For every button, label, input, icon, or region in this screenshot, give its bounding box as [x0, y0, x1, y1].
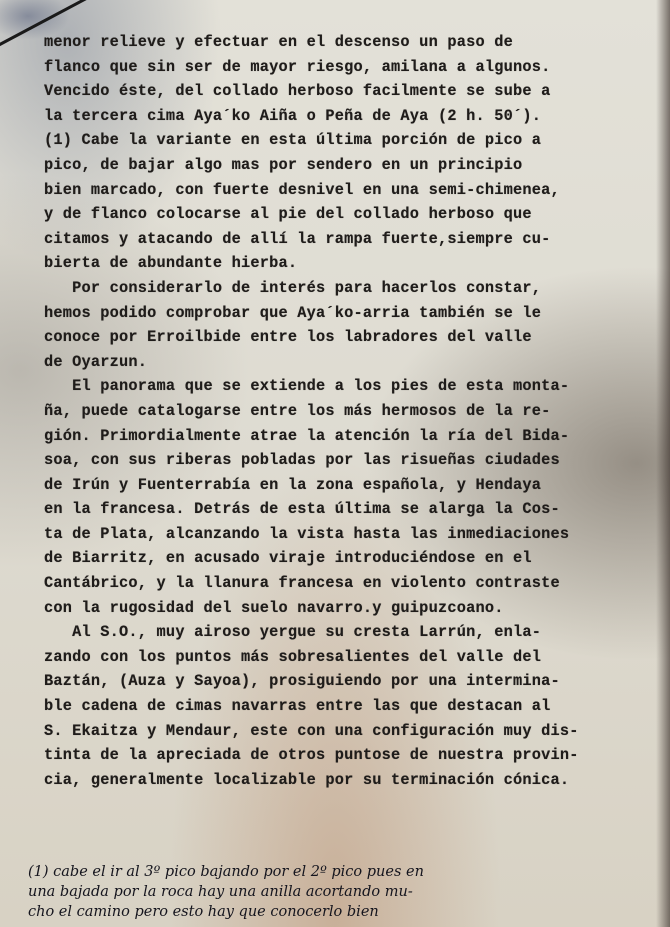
footnote-line: una bajada por la roca hay una anilla ac… — [28, 882, 668, 902]
typed-line: El panorama que se extiende a los pies d… — [44, 374, 644, 399]
typed-line: pico, de bajar algo mas por sendero en u… — [44, 153, 644, 178]
typed-line: hemos podido comprobar que Aya´ko-arria … — [44, 301, 644, 326]
typed-line: tinta de la apreciada de otros puntose d… — [44, 743, 644, 768]
typed-text-body: menor relieve y efectuar en el descenso … — [44, 30, 644, 792]
typed-line: citamos y atacando de allí la rampa fuer… — [44, 227, 644, 252]
typed-line: con la rugosidad del suelo navarro.y gui… — [44, 596, 644, 621]
typed-line: (1) Cabe la variante en esta última porc… — [44, 128, 644, 153]
typed-line: y de flanco colocarse al pie del collado… — [44, 202, 644, 227]
typed-line: ta de Plata, alcanzando la vista hasta l… — [44, 522, 644, 547]
typed-line: flanco que sin ser de mayor riesgo, amil… — [44, 55, 644, 80]
typed-line: conoce por Erroilbide entre los labrador… — [44, 325, 644, 350]
footnote-line: (1) cabe el ir al 3º pico bajando por el… — [28, 862, 668, 882]
typed-line: cia, generalmente localizable por su ter… — [44, 768, 644, 793]
typed-line: bierta de abundante hierba. — [44, 251, 644, 276]
typed-line: gión. Primordialmente atrae la atención … — [44, 424, 644, 449]
typed-line: bien marcado, con fuerte desnivel en una… — [44, 178, 644, 203]
typed-line: de Oyarzun. — [44, 350, 644, 375]
footnote-line: cho el camino pero esto hay que conocerl… — [28, 902, 668, 922]
typed-line: de Irún y Fuenterrabía en la zona españo… — [44, 473, 644, 498]
scanned-typewritten-page: menor relieve y efectuar en el descenso … — [0, 0, 670, 927]
typed-line: soa, con sus riberas pobladas por las ri… — [44, 448, 644, 473]
typed-line: menor relieve y efectuar en el descenso … — [44, 30, 644, 55]
typed-line: Al S.O., muy airoso yergue su cresta Lar… — [44, 620, 644, 645]
typed-line: ña, puede catalogarse entre los más herm… — [44, 399, 644, 424]
typed-line: ble cadena de cimas navarras entre las q… — [44, 694, 644, 719]
typed-line: en la francesa. Detrás de esta última se… — [44, 497, 644, 522]
typed-line: Por considerarlo de interés para hacerlo… — [44, 276, 644, 301]
typed-line: la tercera cima Aya´ko Aiña o Peña de Ay… — [44, 104, 644, 129]
typed-line: de Biarritz, en acusado viraje introduci… — [44, 546, 644, 571]
typed-line: zando con los puntos más sobresalientes … — [44, 645, 644, 670]
page-edge-shadow — [656, 0, 670, 927]
handwritten-footnote: (1) cabe el ir al 3º pico bajando por el… — [28, 862, 668, 922]
typed-line: Vencido éste, del collado herboso facilm… — [44, 79, 644, 104]
typed-line: Baztán, (Auza y Sayoa), prosiguiendo por… — [44, 669, 644, 694]
typed-line: Cantábrico, y la llanura francesa en vio… — [44, 571, 644, 596]
typed-line: S. Ekaitza y Mendaur, este con una confi… — [44, 719, 644, 744]
